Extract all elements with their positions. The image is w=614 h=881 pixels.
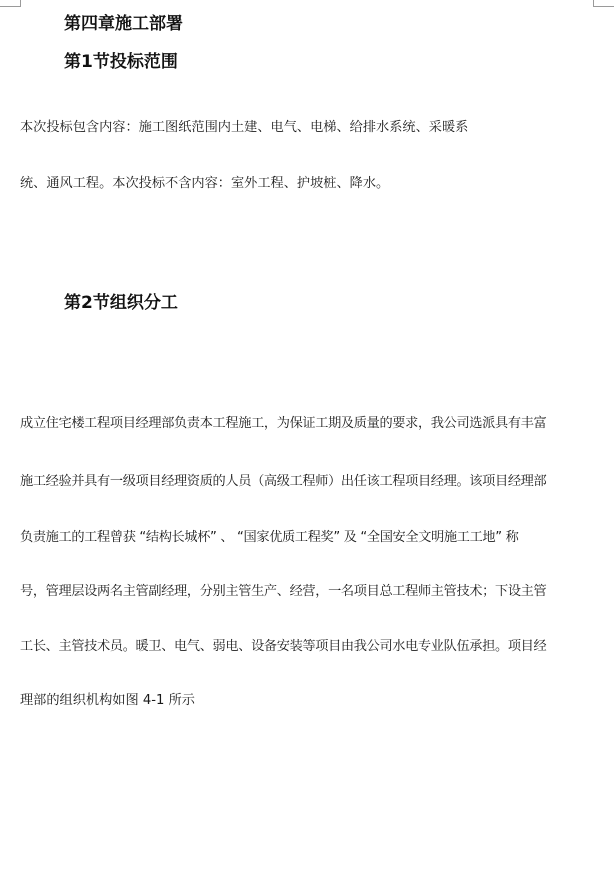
page-corner-mark-top-right — [593, 0, 614, 7]
section-1-text-line: 本次投标包含内容：施工图纸范围内土建、电气、电梯、给排水系统、采暖系 — [20, 120, 468, 136]
section-2-text-line: 施工经验并具有一级项目经理资质的人员（高级工程师）出任该工程项目经理。该项目经理… — [20, 474, 546, 490]
section-1-title: 第1节投标范围 — [64, 52, 178, 72]
section-2-text-line: 成立住宅楼工程项目经理部负责本工程施工，为保证工期及质量的要求，我公司选派具有丰… — [20, 416, 546, 432]
page-corner-mark-top-left — [0, 0, 21, 7]
section-2-text-line: 工长、主管技术员。暖卫、电气、弱电、设备安装等项目由我公司水电专业队伍承担。项目… — [20, 639, 546, 655]
section-2-text-line: 理部的组织机构如图 4-1 所示 — [20, 693, 195, 709]
section-2-title: 第2节组织分工 — [64, 293, 178, 313]
section-1-text-line: 统、通风工程。本次投标不含内容：室外工程、护坡桩、降水。 — [20, 176, 389, 192]
section-2-text-line: 负责施工的工程曾获 “结构长城杯” 、 “国家优质工程奖” 及 “全国安全文明施… — [20, 530, 518, 546]
section-2-text-line: 号，管理层设两名主管副经理，分别主管生产、经营，一名项目总工程师主管技术；下设主… — [20, 584, 546, 600]
chapter-title: 第四章施工部署 — [64, 14, 183, 34]
